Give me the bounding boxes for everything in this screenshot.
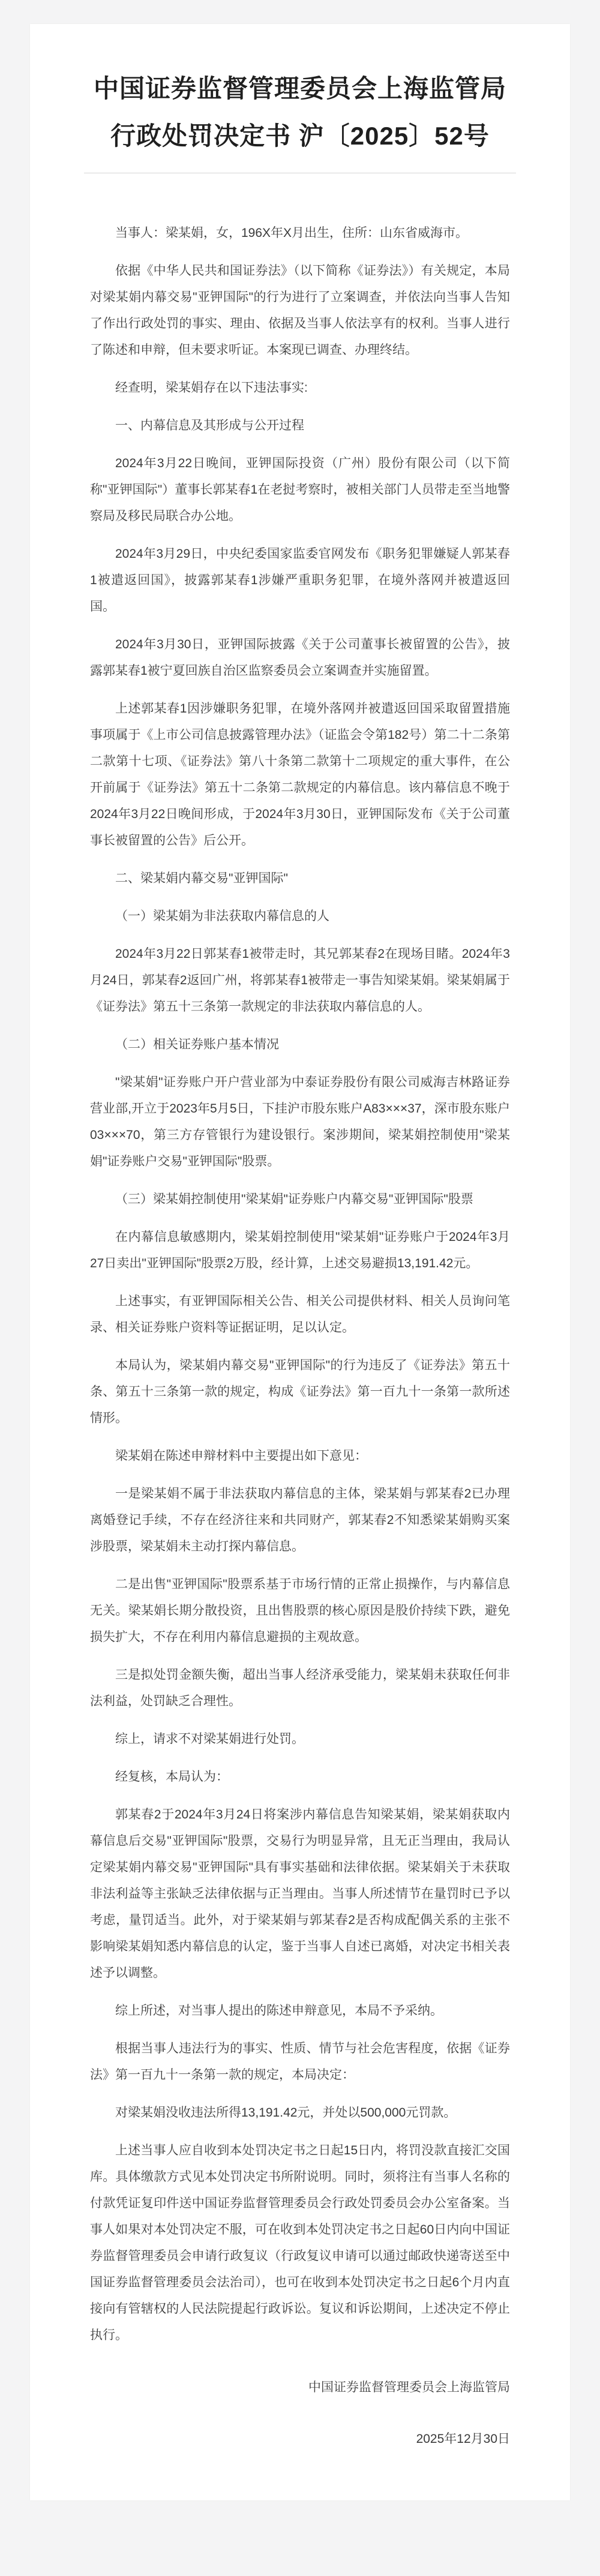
document-paragraph: 2024年3月30日，亚钾国际披露《关于公司董事长被留置的公告》，披露郭某春1被… — [90, 632, 510, 684]
document-title-line1: 中国证券监督管理委员会上海监管局 — [73, 65, 527, 112]
page: 中国证券监督管理委员会上海监管局 行政处罚决定书 沪〔2025〕52号 当事人：… — [0, 0, 600, 2576]
document-paragraph: 上述郭某春1因涉嫌职务犯罪，在境外落网并被遣返回国采取留置措施事项属于《上市公司… — [90, 696, 510, 854]
document-paragraph: 综上，请求不对梁某娟进行处罚。 — [90, 1726, 510, 1753]
document-paragraph: 2024年3月22日郭某春1被带走时，其兄郭某春2在现场目睹。2024年3月24… — [90, 941, 510, 1020]
document-paragraph: 对梁某娟没收违法所得13,191.42元，并处以500,000元罚款。 — [90, 2100, 510, 2126]
document-title: 中国证券监督管理委员会上海监管局 行政处罚决定书 沪〔2025〕52号 — [49, 65, 551, 160]
document-paragraph: 经复核，本局认为： — [90, 1764, 510, 1790]
document-card: 中国证券监督管理委员会上海监管局 行政处罚决定书 沪〔2025〕52号 当事人：… — [30, 24, 570, 2500]
document-paragraph: 上述事实，有亚钾国际相关公告、相关公司提供材料、相关人员询问笔录、相关证券账户资… — [90, 1288, 510, 1341]
document-paragraph: 2024年3月29日，中央纪委国家监委官网发布《职务犯罪嫌疑人郭某春1被遣返回国… — [90, 541, 510, 620]
document-paragraph: 在内幕信息敏感期内，梁某娟控制使用"梁某娟"证券账户于2024年3月27日卖出"… — [90, 1224, 510, 1277]
page-background: { "header": { "title_line1": "中国证券监督管理委员… — [0, 0, 600, 2576]
document-paragraph: 郭某春2于2024年3月24日将案涉内幕信息告知梁某娟，梁某娟获取内幕信息后交易… — [90, 1802, 510, 1986]
document-paragraph: 上述当事人应自收到本处罚决定书之日起15日内，将罚没款直接汇交国库。具体缴款方式… — [90, 2138, 510, 2349]
document-paragraph: 一是梁某娟不属于非法获取内幕信息的主体，梁某娟与郭某春2已办理离婚登记手续，不存… — [90, 1481, 510, 1560]
section-heading: 二、梁某娟内幕交易"亚钾国际" — [90, 865, 510, 892]
document-paragraph: 根据当事人违法行为的事实、性质、情节与社会危害程度，依据《证券法》第一百九十一条… — [90, 2036, 510, 2088]
document-paragraph: 三是拟处罚金额失衡，超出当事人经济承受能力，梁某娟未获取任何非法利益，处罚缺乏合… — [90, 1662, 510, 1715]
document-paragraph: 二是出售"亚钾国际"股票系基于市场行情的正常止损操作，与内幕信息无关。梁某娟长期… — [90, 1571, 510, 1651]
document-paragraph: 本局认为，梁某娟内幕交易"亚钾国际"的行为违反了《证券法》第五十条、第五十三条第… — [90, 1352, 510, 1432]
document-paragraph: 2024年3月22日晚间，亚钾国际投资（广州）股份有限公司（以下简称"亚钾国际"… — [90, 450, 510, 530]
section-heading: 一、内幕信息及其形成与公开过程 — [90, 413, 510, 439]
subsection-heading: （一）梁某娟为非法获取内幕信息的人 — [90, 903, 510, 930]
signature-block: 中国证券监督管理委员会上海监管局 2025年12月30日 — [49, 2360, 551, 2452]
subsection-heading: （三）梁某娟控制使用"梁某娟"证券账户内幕交易"亚钾国际"股票 — [90, 1186, 510, 1213]
document-paragraph: "梁某娟"证券账户开户营业部为中泰证券股份有限公司威海吉林路证券营业部,开立于2… — [90, 1069, 510, 1175]
document-body: 当事人：梁某娟，女，196X年X月出生，住所：山东省威海市。依据《中华人民共和国… — [49, 173, 551, 2349]
document-title-line2: 行政处罚决定书 沪〔2025〕52号 — [73, 112, 527, 160]
document-paragraph: 依据《中华人民共和国证券法》（以下简称《证券法》）有关规定，本局对梁某娟内幕交易… — [90, 258, 510, 363]
document-paragraph: 梁某娟在陈述申辩材料中主要提出如下意见： — [90, 1443, 510, 1469]
document-paragraph: 当事人：梁某娟，女，196X年X月出生，住所：山东省威海市。 — [90, 220, 510, 247]
document-paragraph: 经查明，梁某娟存在以下违法事实: — [90, 375, 510, 401]
subsection-heading: （二）相关证券账户基本情况 — [90, 1032, 510, 1058]
document-paragraph: 综上所述，对当事人提出的陈述申辩意见，本局不予采纳。 — [90, 1998, 510, 2024]
issue-date: 2025年12月30日 — [90, 2426, 510, 2452]
issuer-signature: 中国证券监督管理委员会上海监管局 — [90, 2374, 510, 2401]
